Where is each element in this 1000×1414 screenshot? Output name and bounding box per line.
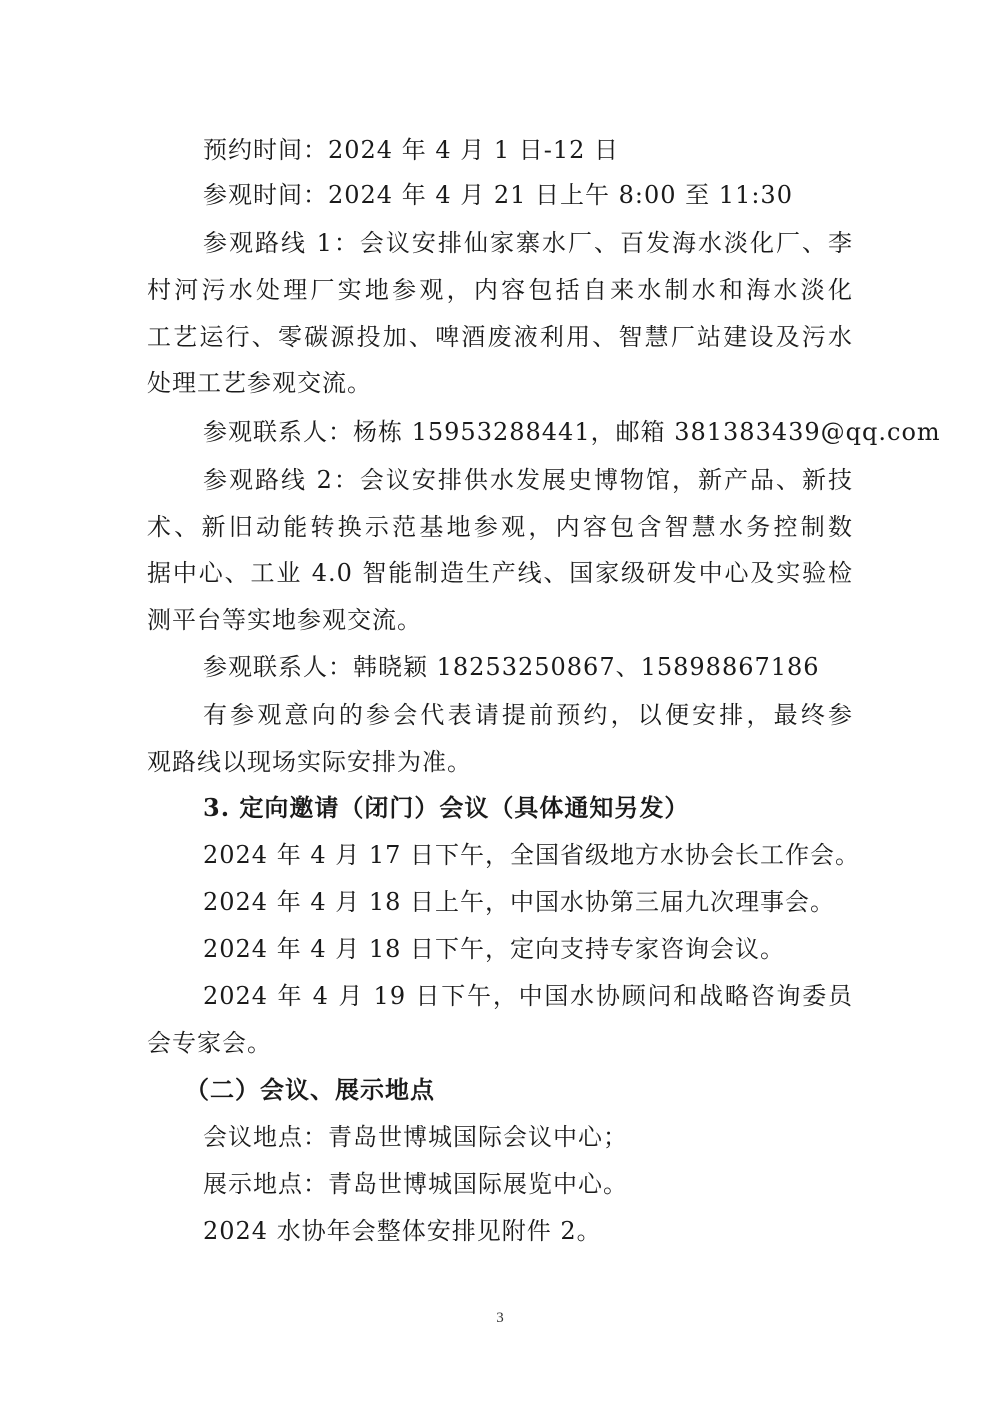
route1-line4: 处理工艺参观交流。 xyxy=(147,368,372,398)
route1-line3: 工艺运行、零碳源投加、啤酒废液利用、智慧厂站建设及污水 xyxy=(147,322,853,352)
document-page: 预约时间：2024 年 4 月 1 日-12 日 参观时间：2024 年 4 月… xyxy=(0,0,1000,1414)
page-number: 3 xyxy=(0,1310,1000,1327)
schedule-attachment-note: 2024 水协年会整体安排见附件 2。 xyxy=(203,1216,602,1246)
visit-time: 参观时间：2024 年 4 月 21 日上午 8:00 至 11:30 xyxy=(203,180,793,210)
meeting-apr19-line1: 2024 年 4 月 19 日下午，中国水协顾问和战略咨询委员 xyxy=(203,981,853,1011)
route2-line1: 参观路线 2：会议安排供水发展史博物馆，新产品、新技 xyxy=(203,465,853,495)
route2-line3: 据中心、工业 4.0 智能制造生产线、国家级研发中心及实验检 xyxy=(147,558,853,588)
meeting-apr18-am: 2024 年 4 月 18 日上午，中国水协第三届九次理事会。 xyxy=(203,887,835,917)
meeting-apr17: 2024 年 4 月 17 日下午，全国省级地方水协会长工作会。 xyxy=(203,840,853,870)
route2-line2: 术、新旧动能转换示范基地参观，内容包含智慧水务控制数 xyxy=(147,512,853,542)
route2-line4: 测平台等实地参观交流。 xyxy=(147,605,422,635)
reservation-time: 预约时间：2024 年 4 月 1 日-12 日 xyxy=(203,135,619,165)
section-heading-closed-meetings: 3. 定向邀请（闭门）会议（具体通知另发） xyxy=(203,793,689,823)
reservation-note-line1: 有参观意向的参会代表请提前预约，以便安排，最终参 xyxy=(203,700,853,730)
reservation-note-line2: 观路线以现场实际安排为准。 xyxy=(147,747,472,777)
route1-line1: 参观路线 1：会议安排仙家寨水厂、百发海水淡化厂、李 xyxy=(203,228,853,258)
exhibition-venue: 展示地点：青岛世博城国际展览中心。 xyxy=(203,1169,628,1199)
meeting-apr19-line2: 会专家会。 xyxy=(147,1028,272,1058)
section-heading-venues: （二）会议、展示地点 xyxy=(185,1075,435,1105)
route1-line2: 村河污水处理厂实地参观，内容包括自来水制水和海水淡化 xyxy=(147,275,853,305)
meeting-apr18-pm: 2024 年 4 月 18 日下午，定向支持专家咨询会议。 xyxy=(203,934,785,964)
meeting-venue: 会议地点：青岛世博城国际会议中心； xyxy=(203,1122,628,1152)
route2-contact: 参观联系人：韩晓颖 18253250867、15898867186 xyxy=(203,652,820,682)
route1-contact: 参观联系人：杨栋 15953288441，邮箱 381383439@qq.com xyxy=(203,417,853,447)
